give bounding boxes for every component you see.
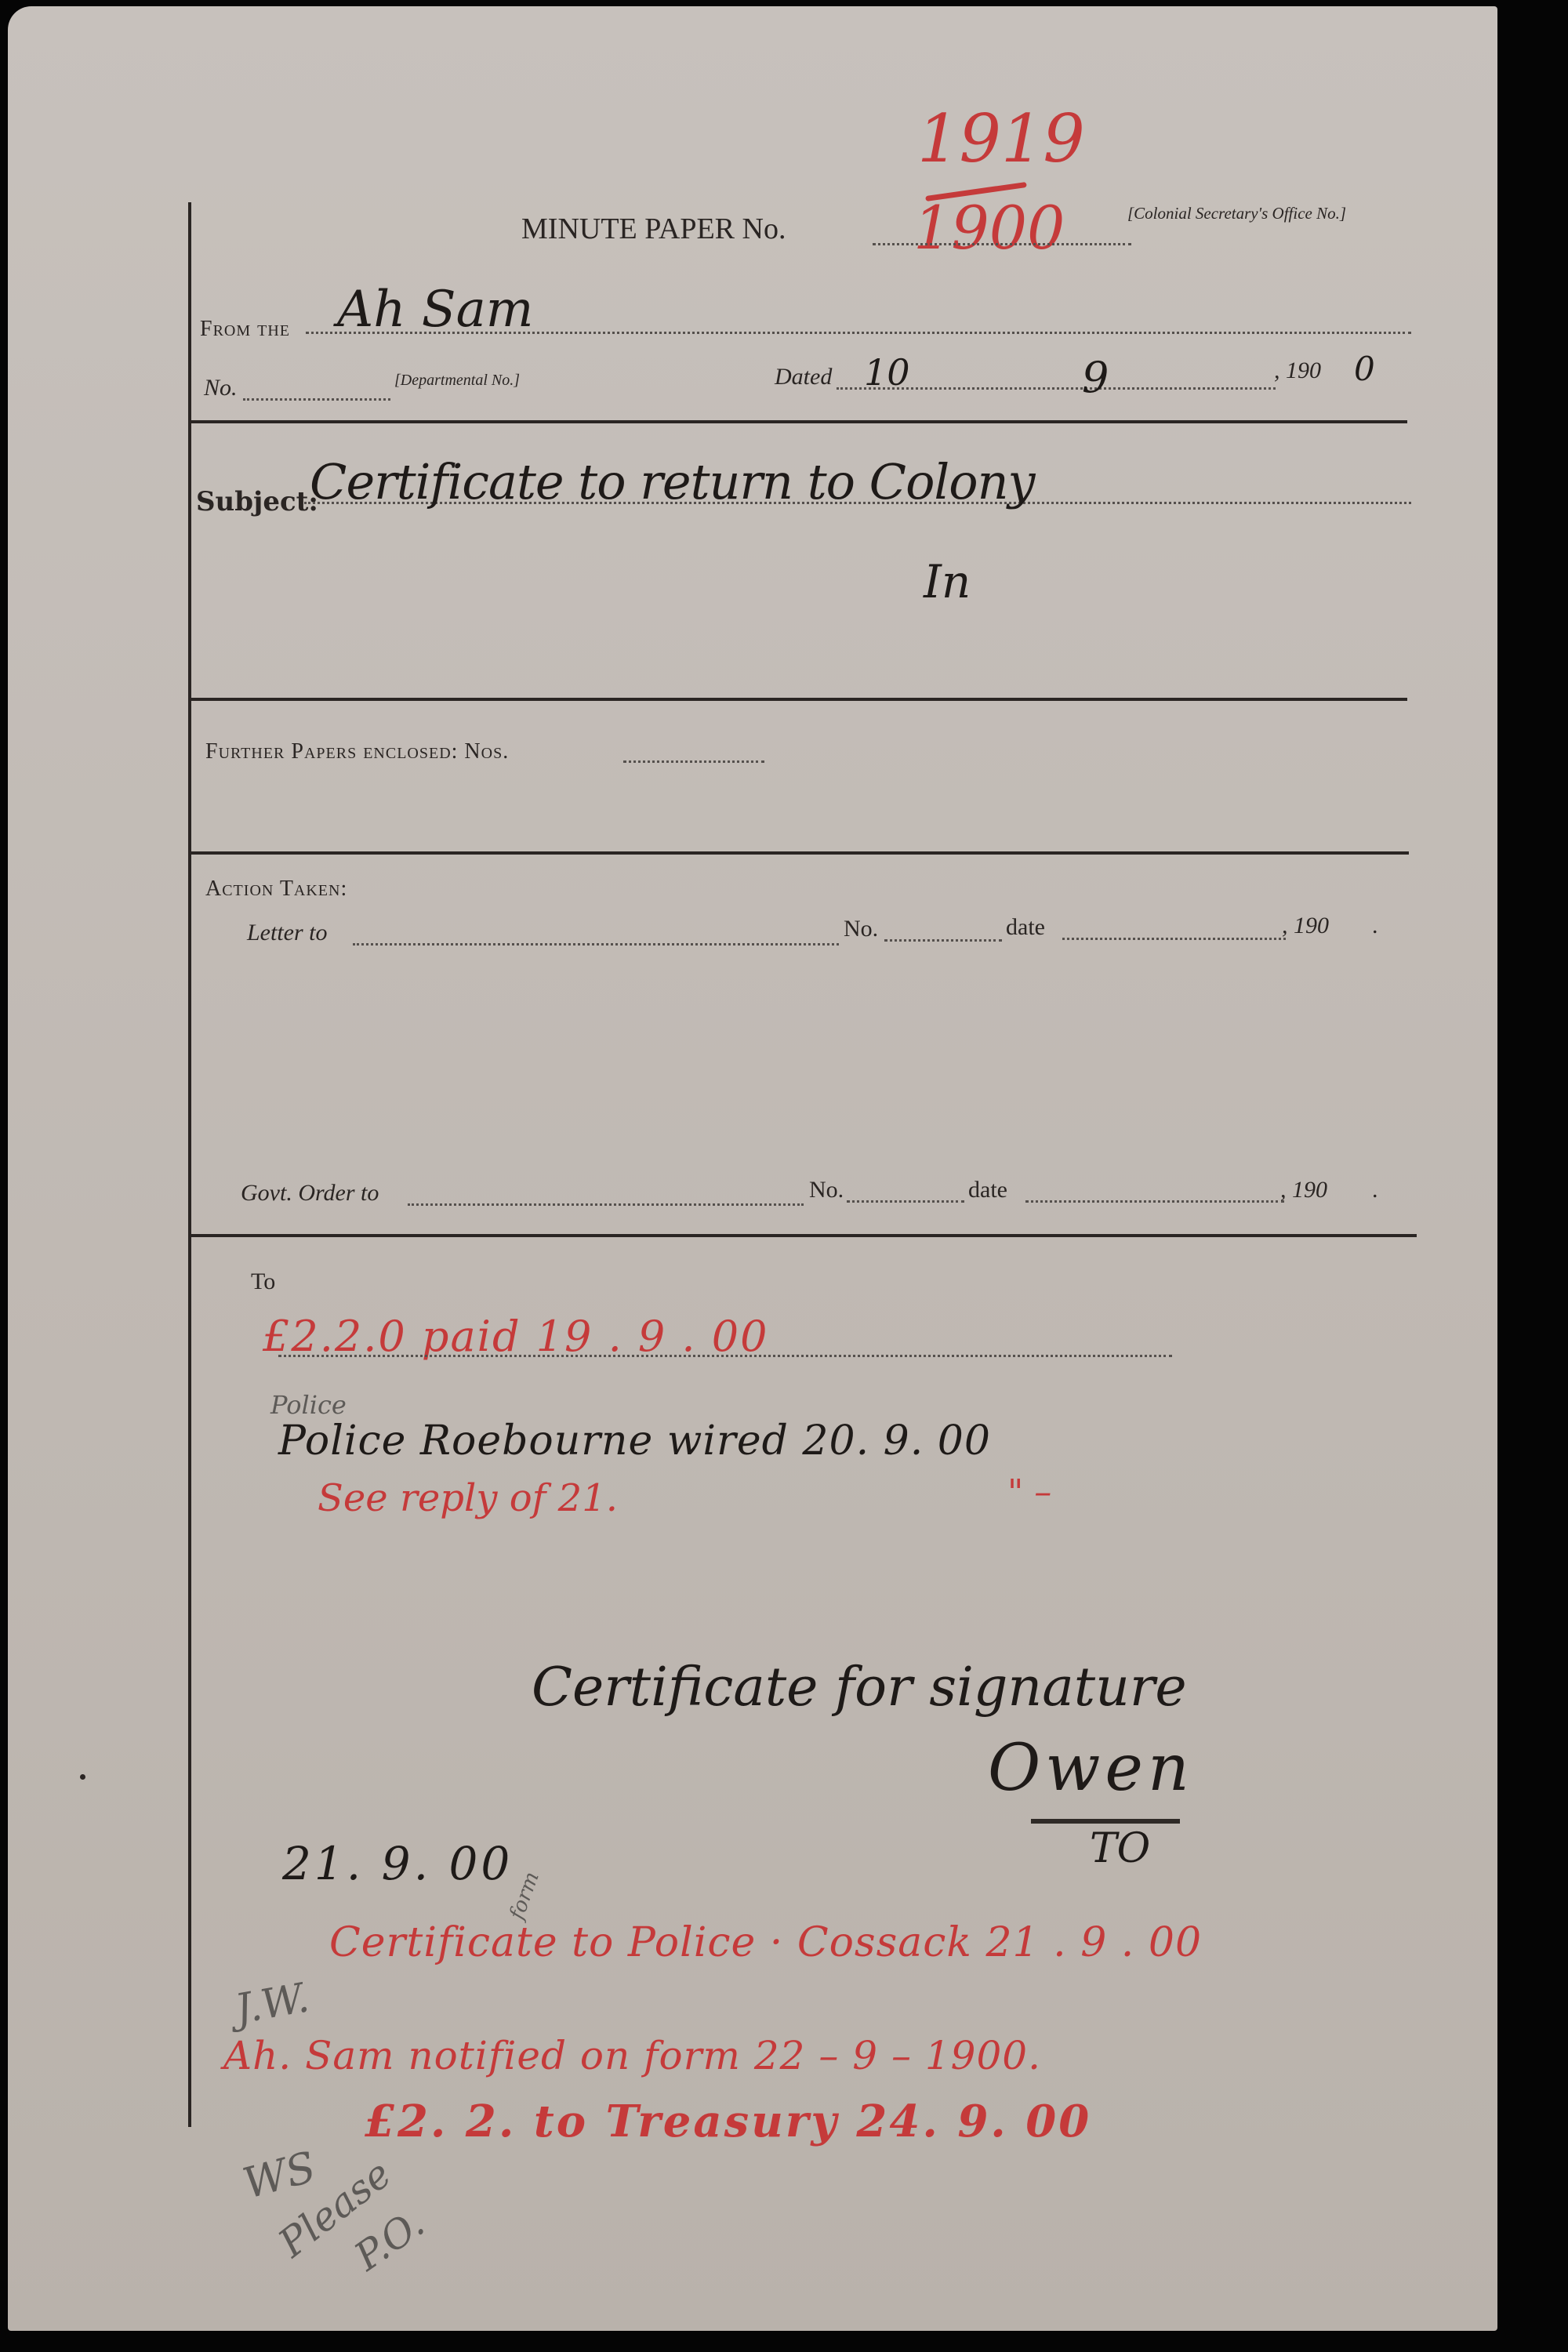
govt-order-dotted-field [408,1203,804,1206]
pencil-initials: J.W. [232,1974,313,2033]
office-number-note: [Colonial Secretary's Office No.] [1127,204,1346,223]
dated-day: 10 [864,351,910,394]
dept-number-note: [Departmental No.] [394,372,520,390]
dated-label: Dated [775,364,832,390]
subject-initial: In [924,555,971,608]
signature-subscript: TO [1090,1825,1150,1872]
govt-order-label: Govt. Order to [241,1180,379,1207]
police-wired-annotation: Police Roebourne wired 20. 9. 00 [278,1417,991,1465]
ah-sam-notified-annotation: Ah. Sam notified on form 22 – 9 – 1900. [223,2033,1041,2078]
paid-dotted-field [278,1355,1172,1357]
minute-number-bottom: 1900 [913,193,1065,263]
further-papers-label: Further Papers enclosed: Nos. [205,739,509,764]
minute-number-top: 1919 [917,100,1085,177]
subject-label: Subject: [196,486,318,517]
reply-annotation: See reply of 21. [318,1476,618,1520]
dept-no-dotted-field [243,398,390,401]
dated-year-prefix: , 190 [1274,358,1321,384]
minute-paper-sheet: 1919 1900 MINUTE PAPER No. [Colonial Sec… [8,6,1497,2331]
subject-value: Certificate to return to Colony [310,453,1035,510]
certificate-for-signature: Certificate for signature [532,1657,1187,1719]
letter-no-dotted-field [884,939,1002,942]
treasury-annotation: £2. 2. to Treasury 24. 9. 00 [365,2096,1091,2147]
divider-rule-2 [188,698,1407,701]
left-margin-rule [188,202,191,2127]
divider-rule-3 [191,851,1409,855]
certificate-forwarded-annotation: Certificate to Police · Cossack 21 . 9 .… [329,1919,1202,1966]
dated-year-suffix: 0 [1354,350,1375,388]
to-label: To [251,1269,275,1295]
from-value: Ah Sam [337,281,533,339]
letter-no-label: No. [844,916,878,942]
letter-date-dotted-field [1062,938,1286,940]
govt-order-date-dotted-field [1025,1200,1284,1203]
govt-order-year: , 190 [1280,1177,1327,1203]
govt-order-no-label: No. [809,1177,844,1203]
dept-no-label: No. [204,375,238,401]
paper-speck [80,1774,85,1780]
further-papers-dotted-field [623,760,764,763]
divider-rule-4 [191,1234,1417,1237]
letter-year-period: . [1372,913,1378,939]
govt-order-date-label: date [968,1177,1007,1203]
form-title: MINUTE PAPER No. [521,212,786,246]
paid-annotation: £2.2.0 paid 19 . 9 . 00 [263,1312,768,1361]
pencil-ws: WS [238,2142,321,2209]
letter-to-label: Letter to [247,920,328,946]
letter-year: , 190 [1282,913,1329,939]
from-label: From the [200,317,290,342]
dated-month: 9 [1082,353,1109,402]
letter-date-label: date [1006,914,1045,941]
reply-ditto-mark: " – [1007,1472,1051,1512]
signature: Owen [988,1731,1194,1806]
govt-order-year-period: . [1372,1177,1378,1203]
action-taken-label: Action Taken: [205,877,347,902]
letter-to-dotted-field [353,943,839,946]
govt-order-no-dotted-field [847,1200,964,1203]
signature-underline [1031,1819,1180,1824]
date-21-9-00: 21. 9. 00 [282,1837,513,1890]
police-pencil-correction: Police [270,1390,347,1420]
divider-rule-1 [188,420,1407,423]
minute-number-dotted-field [873,243,1131,245]
